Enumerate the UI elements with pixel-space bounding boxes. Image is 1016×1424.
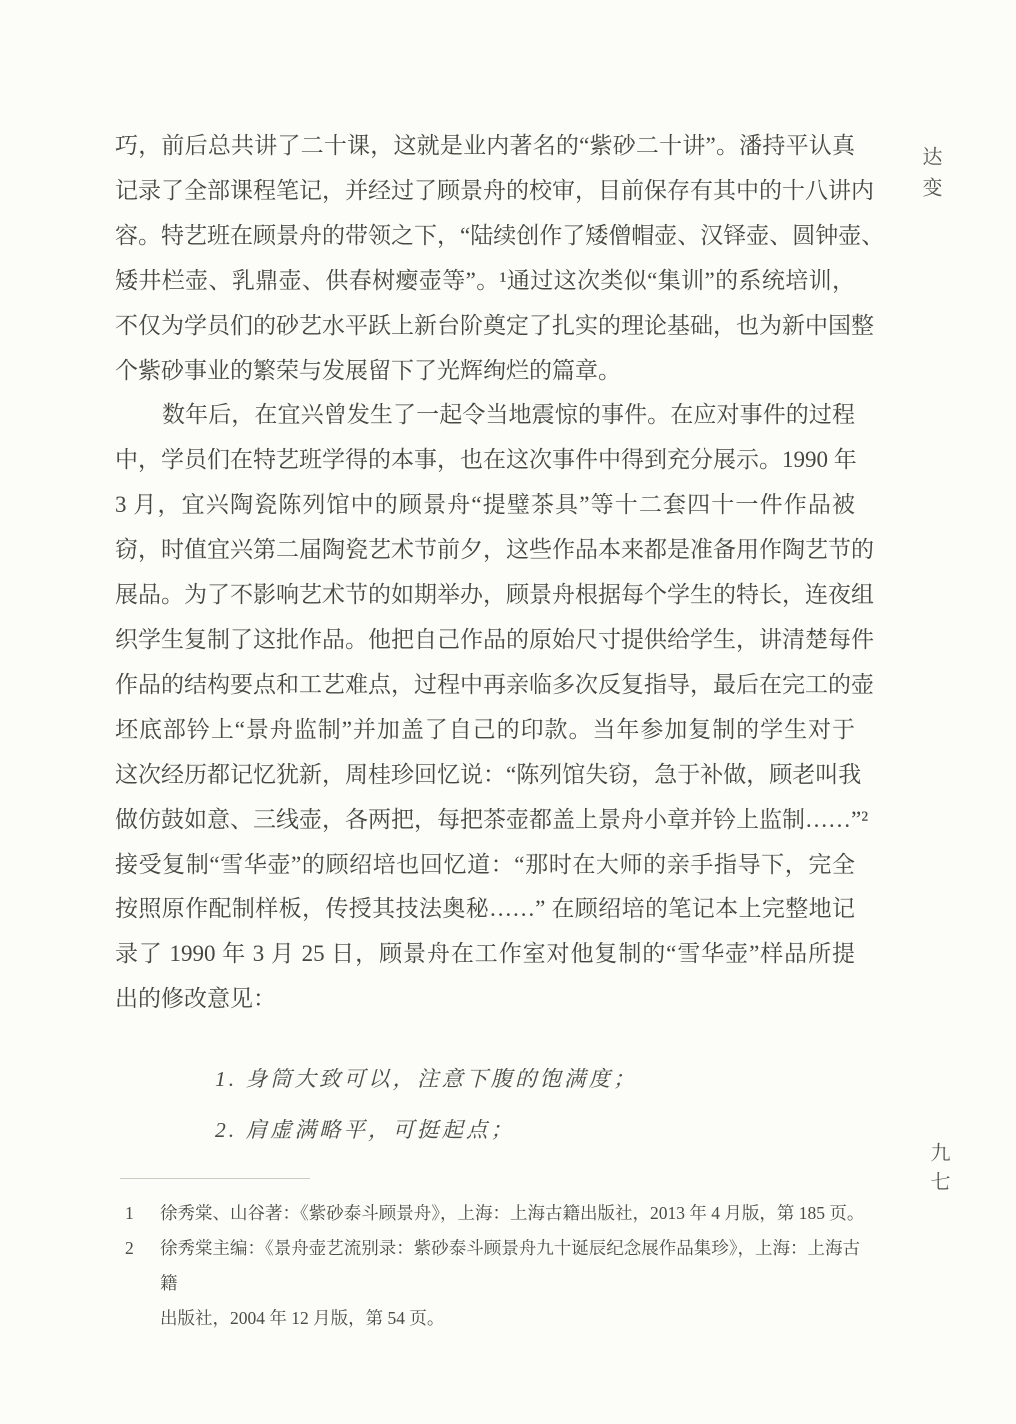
text-line: 数年后，在宜兴曾发生了一起令当地震惊的事件。在应对事件的过程 — [115, 393, 855, 438]
text-line: 出的修改意见： — [115, 977, 855, 1022]
footnote-text: 徐秀棠主编：《景舟壶艺流别录：紫砂泰斗顾景舟九十诞辰纪念展作品集珍》，上海：上海… — [160, 1231, 865, 1336]
footnote-text-line: 徐秀棠主编：《景舟壶艺流别录：紫砂泰斗顾景舟九十诞辰纪念展作品集珍》，上海：上海… — [160, 1231, 865, 1301]
footnote-item: 1 徐秀棠、山谷著：《紫砂泰斗顾景舟》，上海：上海古籍出版社，2013 年 4 … — [125, 1196, 865, 1231]
text-line: 录了 1990 年 3 月 25 日，顾景舟在工作室对他复制的“雪华壶”样品所提 — [115, 932, 855, 977]
page-number: 九七 — [924, 1142, 953, 1200]
text-line: 展品。为了不影响艺术节的如期举办，顾景舟根据每个学生的特长，连夜组 — [115, 573, 855, 618]
running-head: 达变 — [916, 146, 945, 208]
footnote-number: 2 — [125, 1231, 160, 1266]
revision-notes-list: 1. 身筒大致可以，注意下腹的饱满度； 2. 肩虚满略平，可挺起点； — [215, 1054, 775, 1155]
text-line: 坯底部钤上“景舟监制”并加盖了自己的印款。当年参加复制的学生对于 — [115, 708, 855, 753]
text-line: 容。特艺班在顾景舟的带领之下，“陆续创作了矮僧帽壶、汉铎壶、圆钟壶、 — [115, 214, 855, 259]
text-line: 窃，时值宜兴第二届陶瓷艺术节前夕，这些作品本来都是准备用作陶艺节的 — [115, 528, 855, 573]
text-line: 作品的结构要点和工艺难点，过程中再亲临多次反复指导，最后在完工的壶 — [115, 663, 855, 708]
text-line: 3 月，宜兴陶瓷陈列馆中的顾景舟“提璧茶具”等十二套四十一件作品被 — [115, 483, 855, 528]
footnote-divider — [120, 1178, 310, 1179]
paragraph-theft-story: 数年后，在宜兴曾发生了一起令当地震惊的事件。在应对事件的过程 中，学员们在特艺班… — [115, 393, 855, 1022]
text-line: 织学生复制了这批作品。他把自己作品的原始尺寸提供给学生，讲清楚每件 — [115, 618, 855, 663]
footnotes-section: 1 徐秀棠、山谷著：《紫砂泰斗顾景舟》，上海：上海古籍出版社，2013 年 4 … — [125, 1196, 865, 1336]
list-item: 2. 肩虚满略平，可挺起点； — [215, 1105, 775, 1156]
text-line: 中，学员们在特艺班学得的本事，也在这次事件中得到充分展示。1990 年 — [115, 438, 855, 483]
text-line: 记录了全部课程笔记，并经过了顾景舟的校审，目前保存有其中的十八讲内 — [115, 169, 855, 214]
text-line: 巧，前后总共讲了二十课，这就是业内著名的“紫砂二十讲”。潘持平认真 — [115, 124, 855, 169]
text-line: 这次经历都记忆犹新，周桂珍回忆说：“陈列馆失窃，急于补做，顾老叫我 — [115, 753, 855, 798]
book-page: 达变 巧，前后总共讲了二十课，这就是业内著名的“紫砂二十讲”。潘持平认真 记录了… — [0, 0, 1016, 1424]
text-line: 矮井栏壶、乳鼎壶、供春树瘿壶等”。¹通过这次类似“集训”的系统培训， — [115, 259, 855, 304]
footnote-text: 徐秀棠、山谷著：《紫砂泰斗顾景舟》，上海：上海古籍出版社，2013 年 4 月版… — [160, 1196, 865, 1231]
text-line: 接受复制“雪华壶”的顾绍培也回忆道：“那时在大师的亲手指导下，完全 — [115, 843, 855, 888]
text-line: 个紫砂事业的繁荣与发展留下了光辉绚烂的篇章。 — [115, 349, 855, 394]
paragraph-continuation: 巧，前后总共讲了二十课，这就是业内著名的“紫砂二十讲”。潘持平认真 记录了全部课… — [115, 124, 855, 393]
footnote-item: 2 徐秀棠主编：《景舟壶艺流别录：紫砂泰斗顾景舟九十诞辰纪念展作品集珍》，上海：… — [125, 1231, 865, 1336]
list-item: 1. 身筒大致可以，注意下腹的饱满度； — [215, 1054, 775, 1105]
text-line: 按照原作配制样板，传授其技法奥秘……” 在顾绍培的笔记本上完整地记 — [115, 887, 855, 932]
text-line: 不仅为学员们的砂艺水平跃上新台阶奠定了扎实的理论基础，也为新中国整 — [115, 304, 855, 349]
main-text-column: 巧，前后总共讲了二十课，这就是业内著名的“紫砂二十讲”。潘持平认真 记录了全部课… — [115, 124, 855, 1022]
footnote-number: 1 — [125, 1196, 160, 1231]
text-line: 做仿鼓如意、三线壶，各两把，每把茶壶都盖上景舟小章并钤上监制……”² — [115, 798, 855, 843]
footnote-text-line: 出版社，2004 年 12 月版，第 54 页。 — [160, 1301, 865, 1336]
footnote-text-line: 徐秀棠、山谷著：《紫砂泰斗顾景舟》，上海：上海古籍出版社，2013 年 4 月版… — [160, 1196, 865, 1231]
